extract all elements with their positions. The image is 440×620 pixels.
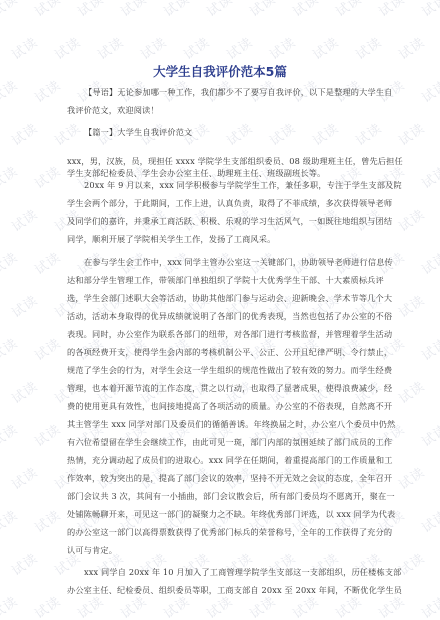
watermark-text: 试读	[202, 591, 236, 620]
paragraph-line: 在参与学生会工作中，xxx 同学主管办公室这一关键部门，协助领导老师进行信息传	[84, 257, 393, 267]
watermark-text: 试读	[417, 333, 440, 365]
paragraph-line: xxx，男，汉族，员，现担任 xxxx 学院学生支部组织委员、08 级助理班主任…	[67, 156, 403, 166]
paragraph-line: 处铺陈畅聊开来，可见这一部门的凝聚力之不缺。年终优秀部门评选，以 xxx 同学为…	[67, 509, 395, 519]
watermark-text: 试读	[417, 0, 440, 20]
paragraph-line: 学生会两个部分，于此期间，工作上进，认真负责，取得了不菲成绩，多次获得领导老师	[67, 198, 392, 208]
paragraph-line: 表现。同时，办公室作为联系各部门的纽带，对各部门进行考核监督，并管理着学生活动	[67, 329, 392, 339]
watermark-text: 试读	[0, 419, 21, 451]
watermark-text: 试读	[245, 0, 279, 20]
watermark-text: 试读	[288, 591, 322, 620]
watermark-text: 试读	[0, 333, 21, 365]
paragraph-line: 其主管学生 xxx 同学对部门及委员们的循循善诱。年终换届之时，办公室八个委员中…	[67, 419, 395, 429]
paragraph-line: 20xx 年 9 月以来，xxx 同学积极参与学院学生工作，兼任多职，专注于学生…	[84, 180, 402, 190]
intro-line: 【导语】无论参加哪一种工作，我们都少不了要写自我评价，以下是整理的大学生自	[84, 87, 393, 97]
watermark-text: 试读	[0, 505, 21, 537]
watermark-text: 试读	[116, 0, 150, 20]
watermark-text: 试读	[7, 32, 41, 64]
watermark-text: 试读	[159, 0, 193, 20]
paragraph-line: 费的使用更具有效性，也间接地提高了各项活动的质量。办公室的不俗表现，自然离不开	[67, 401, 392, 411]
watermark-text: 试读	[394, 376, 428, 408]
watermark-text: 试读	[30, 333, 64, 365]
watermark-text: 试读	[331, 591, 365, 620]
watermark-text: 试读	[394, 462, 428, 494]
watermark-text: 试读	[351, 118, 385, 150]
watermark-text: 试读	[0, 247, 21, 279]
watermark-text: 试读	[179, 32, 213, 64]
watermark-text: 试读	[308, 118, 342, 150]
watermark-text: 试读	[394, 290, 428, 322]
watermark-text: 试读	[202, 0, 236, 20]
watermark-text: 试读	[351, 32, 385, 64]
watermark-text: 试读	[30, 0, 64, 20]
paragraph-line: 同学，顺利开展了学院相关学生工作，发扬了工商风采。	[67, 234, 275, 244]
watermark-text: 试读	[7, 376, 41, 408]
watermark-text: 试读	[30, 591, 64, 620]
paragraph-line: 部门会议共 3 次，其间有一小插曲，部门会议散会后，所有部门委员均不愿离开，聚在…	[67, 491, 395, 501]
watermark-text: 试读	[245, 591, 279, 620]
watermark-text: 试读	[50, 32, 84, 64]
watermark-text: 试读	[73, 591, 107, 620]
watermark-text: 试读	[308, 32, 342, 64]
watermark-text: 试读	[7, 118, 41, 150]
watermark-text: 试读	[0, 591, 21, 620]
paragraph-line: 有六位希望留在学生会继续工作，由此可见一斑，部门内部的氛围延续了部门成员的工作	[67, 437, 392, 447]
watermark-text: 试读	[417, 591, 440, 620]
watermark-text: 试读	[394, 118, 428, 150]
watermark-text: 试读	[394, 204, 428, 236]
watermark-text: 试读	[7, 290, 41, 322]
paragraph-line: 选，学生会部门述职大会等活动，协助其他部门参与运动会、迎新晚会、学术节等几个大	[67, 293, 392, 303]
paragraph-line: 学生支部纪检委员、学生会办公室主任、助理班主任、班级副班长等。	[67, 168, 325, 178]
paragraph-line: 及同学们的嘉许，并秉承工商活跃、积极、乐观的学习生活风气，一如既往地组织与团结	[67, 216, 392, 226]
paragraph-line: xxx 同学自 20xx 年 10 月加入了工商管理学院学生支部这一支部组织，历…	[84, 567, 402, 577]
paragraph-line: 的各项经费开支，使得学生会内部的考核机制公平、公正、公开且纪律严明、令行禁止，	[67, 347, 392, 357]
watermark-text: 试读	[265, 118, 299, 150]
watermark-text: 试读	[394, 32, 428, 64]
paragraph-line: 活动，活动本身取得的优异成绩就说明了各部门的优秀表现，当然也包括了办公室的不俗	[67, 311, 392, 321]
watermark-text: 试读	[30, 161, 64, 193]
watermark-text: 试读	[417, 419, 440, 451]
watermark-text: 试读	[116, 591, 150, 620]
watermark-text: 试读	[265, 32, 299, 64]
watermark-text: 试读	[159, 591, 193, 620]
watermark-text: 试读	[136, 32, 170, 64]
paragraph-line: 热情，充分调动起了成员们的进取心。xxx 同学在任期间，着重提高部门的工作质量和…	[67, 455, 393, 465]
watermark-text: 试读	[7, 548, 41, 580]
watermark-text: 试读	[30, 505, 64, 537]
paragraph-line: 管理，也本着开源节流的工作态度，贯之以行动，也取得了显著成果，使得浪费减少，经	[67, 383, 392, 393]
watermark-text: 试读	[222, 118, 256, 150]
watermark-text: 试读	[50, 118, 84, 150]
watermark-text: 试读	[374, 591, 408, 620]
paragraph-line: 办公室主任、纪检委员、组织委员等职，工商支部自 20xx 至 20xx 年间，不…	[67, 585, 402, 595]
watermark-text: 试读	[0, 0, 21, 20]
watermark-text: 试读	[30, 419, 64, 451]
intro-line: 我评价范文，欢迎阅读！	[67, 105, 159, 115]
document-title: 大学生自我评价范本5篇	[0, 62, 440, 80]
watermark-text: 试读	[73, 0, 107, 20]
watermark-text: 试读	[7, 204, 41, 236]
watermark-text: 试读	[7, 462, 41, 494]
watermark-text: 试读	[417, 161, 440, 193]
paragraph-line: 的办公室这一部门以高得票数获得了优秀部门标兵的荣誉称号，全年的工作获得了充分的	[67, 527, 392, 537]
section-heading: 【篇一】大学生自我评价范文	[84, 127, 192, 137]
watermark-text: 试读	[331, 0, 365, 20]
watermark-text: 试读	[417, 247, 440, 279]
watermark-text: 试读	[374, 0, 408, 20]
paragraph-line: 认可与肯定。	[67, 545, 117, 555]
paragraph-line: 作效率，较为突出的是，提高了部门会议的效率，坚持不开无效之会议的态度，全年召开	[67, 473, 392, 483]
watermark-text: 试读	[222, 32, 256, 64]
paragraph-line: 规范了学生会的行为，对学生会这一学生组织的规范性做出了较有效的努力。而学生经费	[67, 365, 392, 375]
watermark-text: 试读	[288, 0, 322, 20]
watermark-text: 试读	[417, 505, 440, 537]
watermark-text: 试读	[0, 161, 21, 193]
paragraph-line: 达和部分学生管理工作，带领部门单独组织了学院十大优秀学生干部、十大素质标兵评	[67, 275, 384, 285]
watermark-text: 试读	[93, 32, 127, 64]
watermark-text: 试读	[30, 247, 64, 279]
